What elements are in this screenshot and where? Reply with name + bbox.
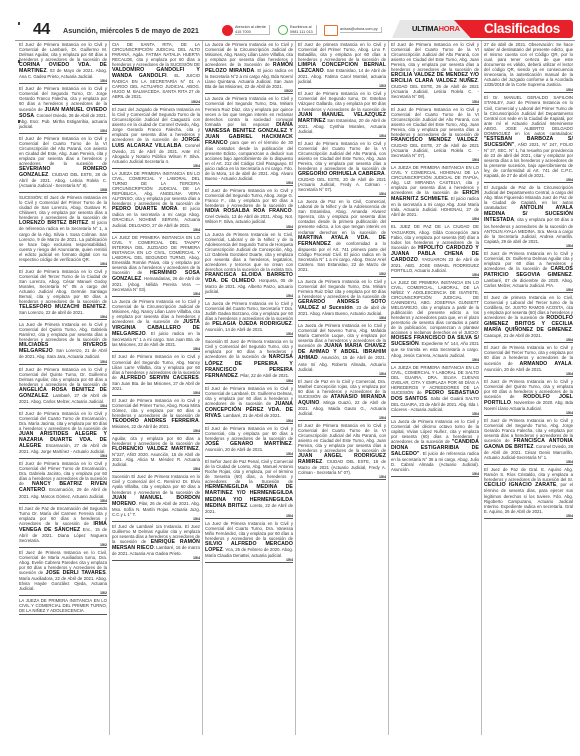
column-2: CIA DE SANTA RITA, DE LA CIRCUNSCRIPCIÓN… [110, 41, 203, 735]
notice-body: La Jueza de Paz en lo Civil, Comercial, … [298, 199, 386, 234]
notice-body: El Juez de Primera Instancia en lo Civil… [19, 367, 107, 387]
brand-logo: ULTIMAHORA [412, 24, 460, 33]
notice-code: 15/4 [205, 379, 293, 383]
notice-code: 15/4 [298, 316, 386, 320]
notice-body: 27 de abril de 2021. Observación: Se hac… [484, 42, 573, 87]
contact-mail-value: avisos@uhora.com.py [340, 27, 382, 33]
notice-code: 15/4 [391, 412, 479, 416]
legal-notice: El Juzgado de Paz de la Circunscripción … [484, 184, 573, 249]
notice-code: 15/4 [19, 454, 107, 458]
legal-notice: La Juez de Primera Instancia en lo Civil… [205, 520, 293, 563]
notice-body: La Juez de Primera Instancia en lo Civil… [205, 521, 293, 541]
legal-notice: El Juez de Primera Instancia en lo Civil… [205, 385, 293, 424]
notice-code: 15/4 [19, 79, 107, 83]
notice-closing: . Lambaré, 21 de Abril de 2021. [221, 413, 281, 418]
contact-mail: avisos@uhora.com.py [324, 23, 382, 37]
legal-notice: El Juez de Primera Instancia en lo Civil… [112, 397, 200, 434]
notice-code: 15/4 [112, 347, 200, 351]
notice-body: LA JUEZ DE PRIMERA INSTANCIA EN LO CIVIL… [112, 235, 200, 275]
notice-code: 15/24 [112, 100, 200, 104]
notice-body: El Juez de Primera Instancia en lo Civil… [19, 269, 107, 304]
legal-notice: La Jueza de Primera Instancia en lo Civi… [205, 300, 293, 337]
notice-code: 15/4 [112, 429, 200, 433]
notice-code: 15/4 [205, 452, 293, 456]
legal-notice: El Juez de Paz de Gral. E. Aquino Abg. R… [484, 466, 573, 518]
notice-body: El Juez de Paz de Gral. E. Aquino Abg. R… [484, 467, 573, 482]
notice-code: 15/8 [19, 188, 107, 192]
notice-closing: para que en el término de 30 días contad… [205, 140, 293, 181]
notice-body: El Juez de Primera Instancia en lo Civil… [205, 188, 293, 208]
legal-notice: El Juez del Juzgado de Primera Instancia… [112, 106, 200, 170]
legal-notice: El Señor Juez de Paz Penal, Civil y Come… [205, 458, 293, 518]
notice-code: 15/4 [112, 391, 200, 395]
notice-code: 15/4 [19, 404, 107, 408]
legal-notice: El Juez de Primera Instancia en lo Civil… [298, 90, 386, 138]
notice-code: 15/4 [484, 514, 573, 518]
whatsapp-icon [278, 25, 288, 35]
notice-code: 15/4 [112, 467, 200, 471]
legal-notice: El Juez de Primera Instancia en lo Civil… [391, 41, 479, 105]
notice-body: El Juez de Primera Instancia en lo Civil… [391, 42, 479, 72]
notice-code: 15/4 [112, 517, 200, 521]
section-banner: ULTIMAHORA Clasificados [392, 20, 580, 38]
notice-code: 15/4 [484, 338, 573, 342]
notice-body: La Jueza de Primera Instancia en lo Civi… [298, 279, 386, 299]
notice-closing: . El juicio de referencia radica en la S… [19, 220, 107, 261]
legal-notice: El Dr. MANUEL GERALDO SAFILOIN STANLEY, … [484, 94, 573, 183]
notice-code: 15/4 [205, 514, 293, 518]
notice-body: LA JUEZA DE PRIMERA INSTANCIA EN LO CIVI… [19, 598, 107, 613]
notice-body: SUCESIÓN: El Juez de Primera Instancia e… [19, 195, 107, 220]
legal-notice: El Juez de Primera Instancia en lo Civil… [298, 140, 386, 197]
notice-code: 15/4 [391, 358, 479, 362]
column-6: 27 de abril de 2021. Observación: Se hac… [482, 41, 575, 735]
notice-body: La Jueza de Primera Instancia en lo Civi… [205, 232, 293, 272]
column-5: El Juez de Primera Instancia en lo Civil… [389, 41, 482, 735]
legal-notice: La Jueza de Primera Instancia en lo Civi… [112, 298, 200, 352]
notice-code: 15/4 [391, 273, 479, 277]
notice-code: 15/4 [391, 100, 479, 104]
notice-body: El Juez de Primera Instancia en lo Civil… [19, 411, 107, 431]
notice-code: 15/22 [205, 89, 293, 93]
notice-code: 15/2 [19, 591, 107, 595]
notice-code: 15/4 [112, 228, 200, 232]
notice-code: 15/4 [205, 294, 293, 298]
notice-code: 15/4 [205, 332, 293, 336]
column-1: El Juez de Primera Instancia en lo Civil… [17, 41, 110, 735]
legal-notice: La Jueza de Paz en lo Civil, Comercial, … [298, 198, 386, 277]
legal-notice: LA JUEZ DE PRIMERA INSTANCIA EN LO CIVIL… [112, 234, 200, 298]
legal-notice: El Juez de Primera Instancia en lo Civil… [19, 85, 107, 133]
legal-notice: El Juez de Primera Instancia en lo Civil… [484, 344, 573, 376]
legal-notice: El Juez de Primera Instancia en lo Civil… [19, 41, 107, 84]
legal-notice: 27 de abril de 2021. Observación: Se hac… [484, 41, 573, 93]
contact-phone: Atención al cliente 415 7000 [222, 23, 270, 37]
notice-body: El Señor Juez de Paz Penal, Civil y Come… [205, 459, 293, 484]
contact-whatsapp-value: 0981 111 013 [290, 30, 313, 34]
legal-notice: La Jueza de Primera Instancia en lo Civi… [391, 418, 479, 477]
notice-code: 15/4 [391, 217, 479, 221]
column-4: El Juez de primera Instancia en lo Civil… [296, 41, 389, 735]
notice-code: 15/4 [484, 288, 573, 292]
contact-phone-label: Atención al cliente [235, 25, 266, 29]
notice-code: 15/4 [484, 178, 573, 182]
notice-code: 15/4 [391, 158, 479, 162]
legal-notice: El Juez de Primera Instancia en lo Civil… [19, 135, 107, 193]
notice-decedent-name: ERCILIA VALDEZ DE MENDEZ Y/O ERCILIA CLA… [391, 72, 479, 84]
contact-whatsapp-label: Escribinos al [290, 25, 312, 29]
notice-code: 15/4 [484, 460, 573, 464]
notice-code: 15/4 [205, 558, 293, 562]
legal-notice: El Juez de Primera Instancia en lo Civil… [19, 410, 107, 459]
legal-notice: El Juez de Primera Instancia en lo Civil… [112, 353, 200, 395]
legal-notice: Sucesión El Juez de Primera Instancia en… [205, 338, 293, 383]
classifieds-columns: El Juez de Primera Instancia en lo Civil… [17, 41, 575, 735]
page-number: 44 [33, 21, 50, 39]
legal-notice: Aguilar, cita y emplaza por 60 días a he… [112, 435, 200, 472]
legal-notice: La Jueza de Primera Instancia en lo Civi… [298, 322, 386, 376]
legal-notice: El Juez de Primera Instancia en lo Civil… [484, 417, 573, 465]
notice-code: 15/4 [298, 134, 386, 138]
notice-body: El Juez de Primera Instancia en lo Civil… [19, 42, 107, 62]
notice-code: 15/4 [484, 372, 573, 376]
legal-notice: La Jueza de Primera Instancia en lo Civi… [205, 41, 293, 94]
notice-code: 15/4 [205, 419, 293, 423]
legal-notice: CIA DE SANTA RITA, DE LA CIRCUNSCRIPCIÓN… [112, 41, 200, 105]
mail-icon [324, 25, 338, 36]
notice-code: 15/4 [391, 472, 479, 476]
notice-body: El Juez de Primera Instancia en lo Civil… [298, 91, 386, 111]
column-3: La Jueza de Primera Instancia en lo Civi… [203, 41, 296, 735]
notice-code: 15/4 [205, 181, 293, 185]
notice-code: 15/3 [298, 84, 386, 88]
notice-body: CIA DE SANTA RITA, DE LA CIRCUNSCRIPCIÓN… [112, 42, 200, 67]
legal-notice: El Juez de Primera Instancia en lo Civil… [19, 460, 107, 503]
legal-notice: La Jueza de Primera Instancia en lo Civi… [298, 278, 386, 321]
legal-notice: El Juez de Primera Instancia en lo Civil… [391, 106, 479, 163]
publication-date: Asunción, miércoles 5 de mayo de 2021 [63, 26, 199, 35]
legal-notice: El Juez de Primera Instancia en lo Civil… [298, 422, 386, 480]
notice-code: 15/4 [19, 129, 107, 133]
notice-code: 15/4 [484, 88, 573, 92]
notice-body: La Juez de Primera Instancia en lo Civil… [19, 322, 107, 342]
margin-mark [18, 22, 20, 25]
legal-notice: El Juez de Paz de Encarnación del Segund… [19, 505, 107, 548]
legal-notice: El Juez de Primera Instancia en lo Civil… [19, 366, 107, 409]
notice-code: 15/4 [205, 225, 293, 229]
notice-code: 15/4 [484, 411, 573, 415]
notice-body: El Juez de Primera Instancia en lo Civil… [19, 136, 107, 166]
legal-notice: El Juez de primera Instancia en lo Civil… [484, 294, 573, 343]
notice-closing: . Pilar, 22 de Abril de 2021. [238, 373, 289, 378]
legal-notice: LA JUEZA DE PRIMERA INSTANCIA EN LO CIVI… [112, 170, 200, 233]
notice-closing: , AÑO 2021, N° 247, FOLIO N° 27, SEC. N°… [484, 142, 573, 178]
notice-code: 15/4 [19, 262, 107, 266]
notice-body: LA JUEZ DE PRIMERA INSTANCIA EN LO CIVIL… [391, 280, 479, 335]
notice-body: El Juez de Primera Instancia en lo Civil… [205, 426, 293, 441]
contact-whatsapp: Escribinos al 0981 111 013 [278, 23, 317, 37]
notice-code: 15/4 [19, 499, 107, 503]
legal-notice: El Juez de primera Instancia en lo Civil… [298, 41, 386, 89]
legal-notice: SUCESIÓN: El Juez de Primera Instancia e… [19, 194, 107, 267]
legal-notice: LA JUEZ DE PRIMERA INSTANCIA EN LO CIVIL… [391, 279, 479, 363]
notice-code: 15/4 [298, 416, 386, 420]
legal-notice: La Jueza de Primera Instancia en lo Civi… [205, 231, 293, 300]
notice-body: El Juez de Primera Instancia en lo Civil… [298, 423, 386, 453]
notice-code: 15/4 [19, 360, 107, 364]
phone-icon [222, 25, 233, 36]
notice-code: 15/4 [112, 556, 200, 560]
notice-code: 15/4 [19, 315, 107, 319]
notice-code: 15/4 [484, 244, 573, 248]
legal-notice: El Juez de Primera Instancia en lo Civil… [484, 250, 573, 293]
notice-body: El Dr. MANUEL GERALDO SAFILOIN STANLEY, … [484, 95, 573, 135]
legal-notice: LA JUEZA DE PRIMERA INSTANCIA EN LO CIVI… [391, 364, 479, 417]
notice-code: 15/4 [298, 372, 386, 376]
legal-notice: El Juez de Primera Instancia en lo Civil… [19, 549, 107, 596]
legal-notice: LA JUEZA DE PRIMERA INSTANCIA EN LO CIVI… [391, 164, 479, 222]
legal-notice: La Juez de Primera Instancia en lo Civil… [19, 321, 107, 364]
legal-notice: El Juez de Primera Instancia en lo Civil… [205, 187, 293, 229]
notice-body: El Juez de primera Instancia en lo Civil… [298, 42, 386, 62]
legal-notice: El Juez de Paz en lo Civil y Comercial, … [298, 378, 386, 421]
notice-body: Aguilar, cita y emplaza por 60 días a he… [112, 436, 200, 446]
notice-body: Sucesión El Juez de Primera Instancia en… [112, 474, 200, 494]
notice-code: 15/4 [112, 292, 200, 296]
notice-code: 15/4 [298, 475, 386, 479]
legal-notice: EL JUEZ DE PAZ DE LA CIUDAD DE YAGUARON,… [391, 223, 479, 277]
legal-notice: LA JUEZA DE PRIMERA INSTANCIA EN LO CIVI… [19, 597, 107, 615]
notice-code: 15/4 [298, 192, 386, 196]
notice-body: El Juez de Primera Instancia en lo Civil… [112, 398, 200, 418]
notice-code: 15/4 [112, 164, 200, 168]
notice-code: 15/2 [19, 543, 107, 547]
legal-notice: El Juez de Primera Instancia en lo Civil… [484, 378, 573, 416]
notice-body: LA JUEZA DE PRIMERA INSTANCIA EN LO CIVI… [112, 171, 200, 206]
notice-code: 15/2 [298, 272, 386, 276]
notice-body: El Juez de Primera Instancia en lo Civil… [391, 107, 479, 137]
legal-notice: La Jueza de Primera Instancia en lo Civi… [205, 95, 293, 186]
legal-notice: El Juez de Lambaré 1ra Instancia. El Jue… [112, 523, 200, 561]
notice-body: El Juez de Primera Instancia en lo Civil… [298, 141, 386, 171]
legal-notice: Sucesión El Juez de Primera Instancia en… [112, 473, 200, 521]
contact-phone-value: 415 7000 [235, 30, 251, 34]
section-title: Clasificados [484, 21, 560, 36]
legal-notice: El Juez de Primera Instancia en lo Civil… [19, 268, 107, 320]
legal-notice: El Juez de Primera Instancia en lo Civil… [205, 425, 293, 457]
